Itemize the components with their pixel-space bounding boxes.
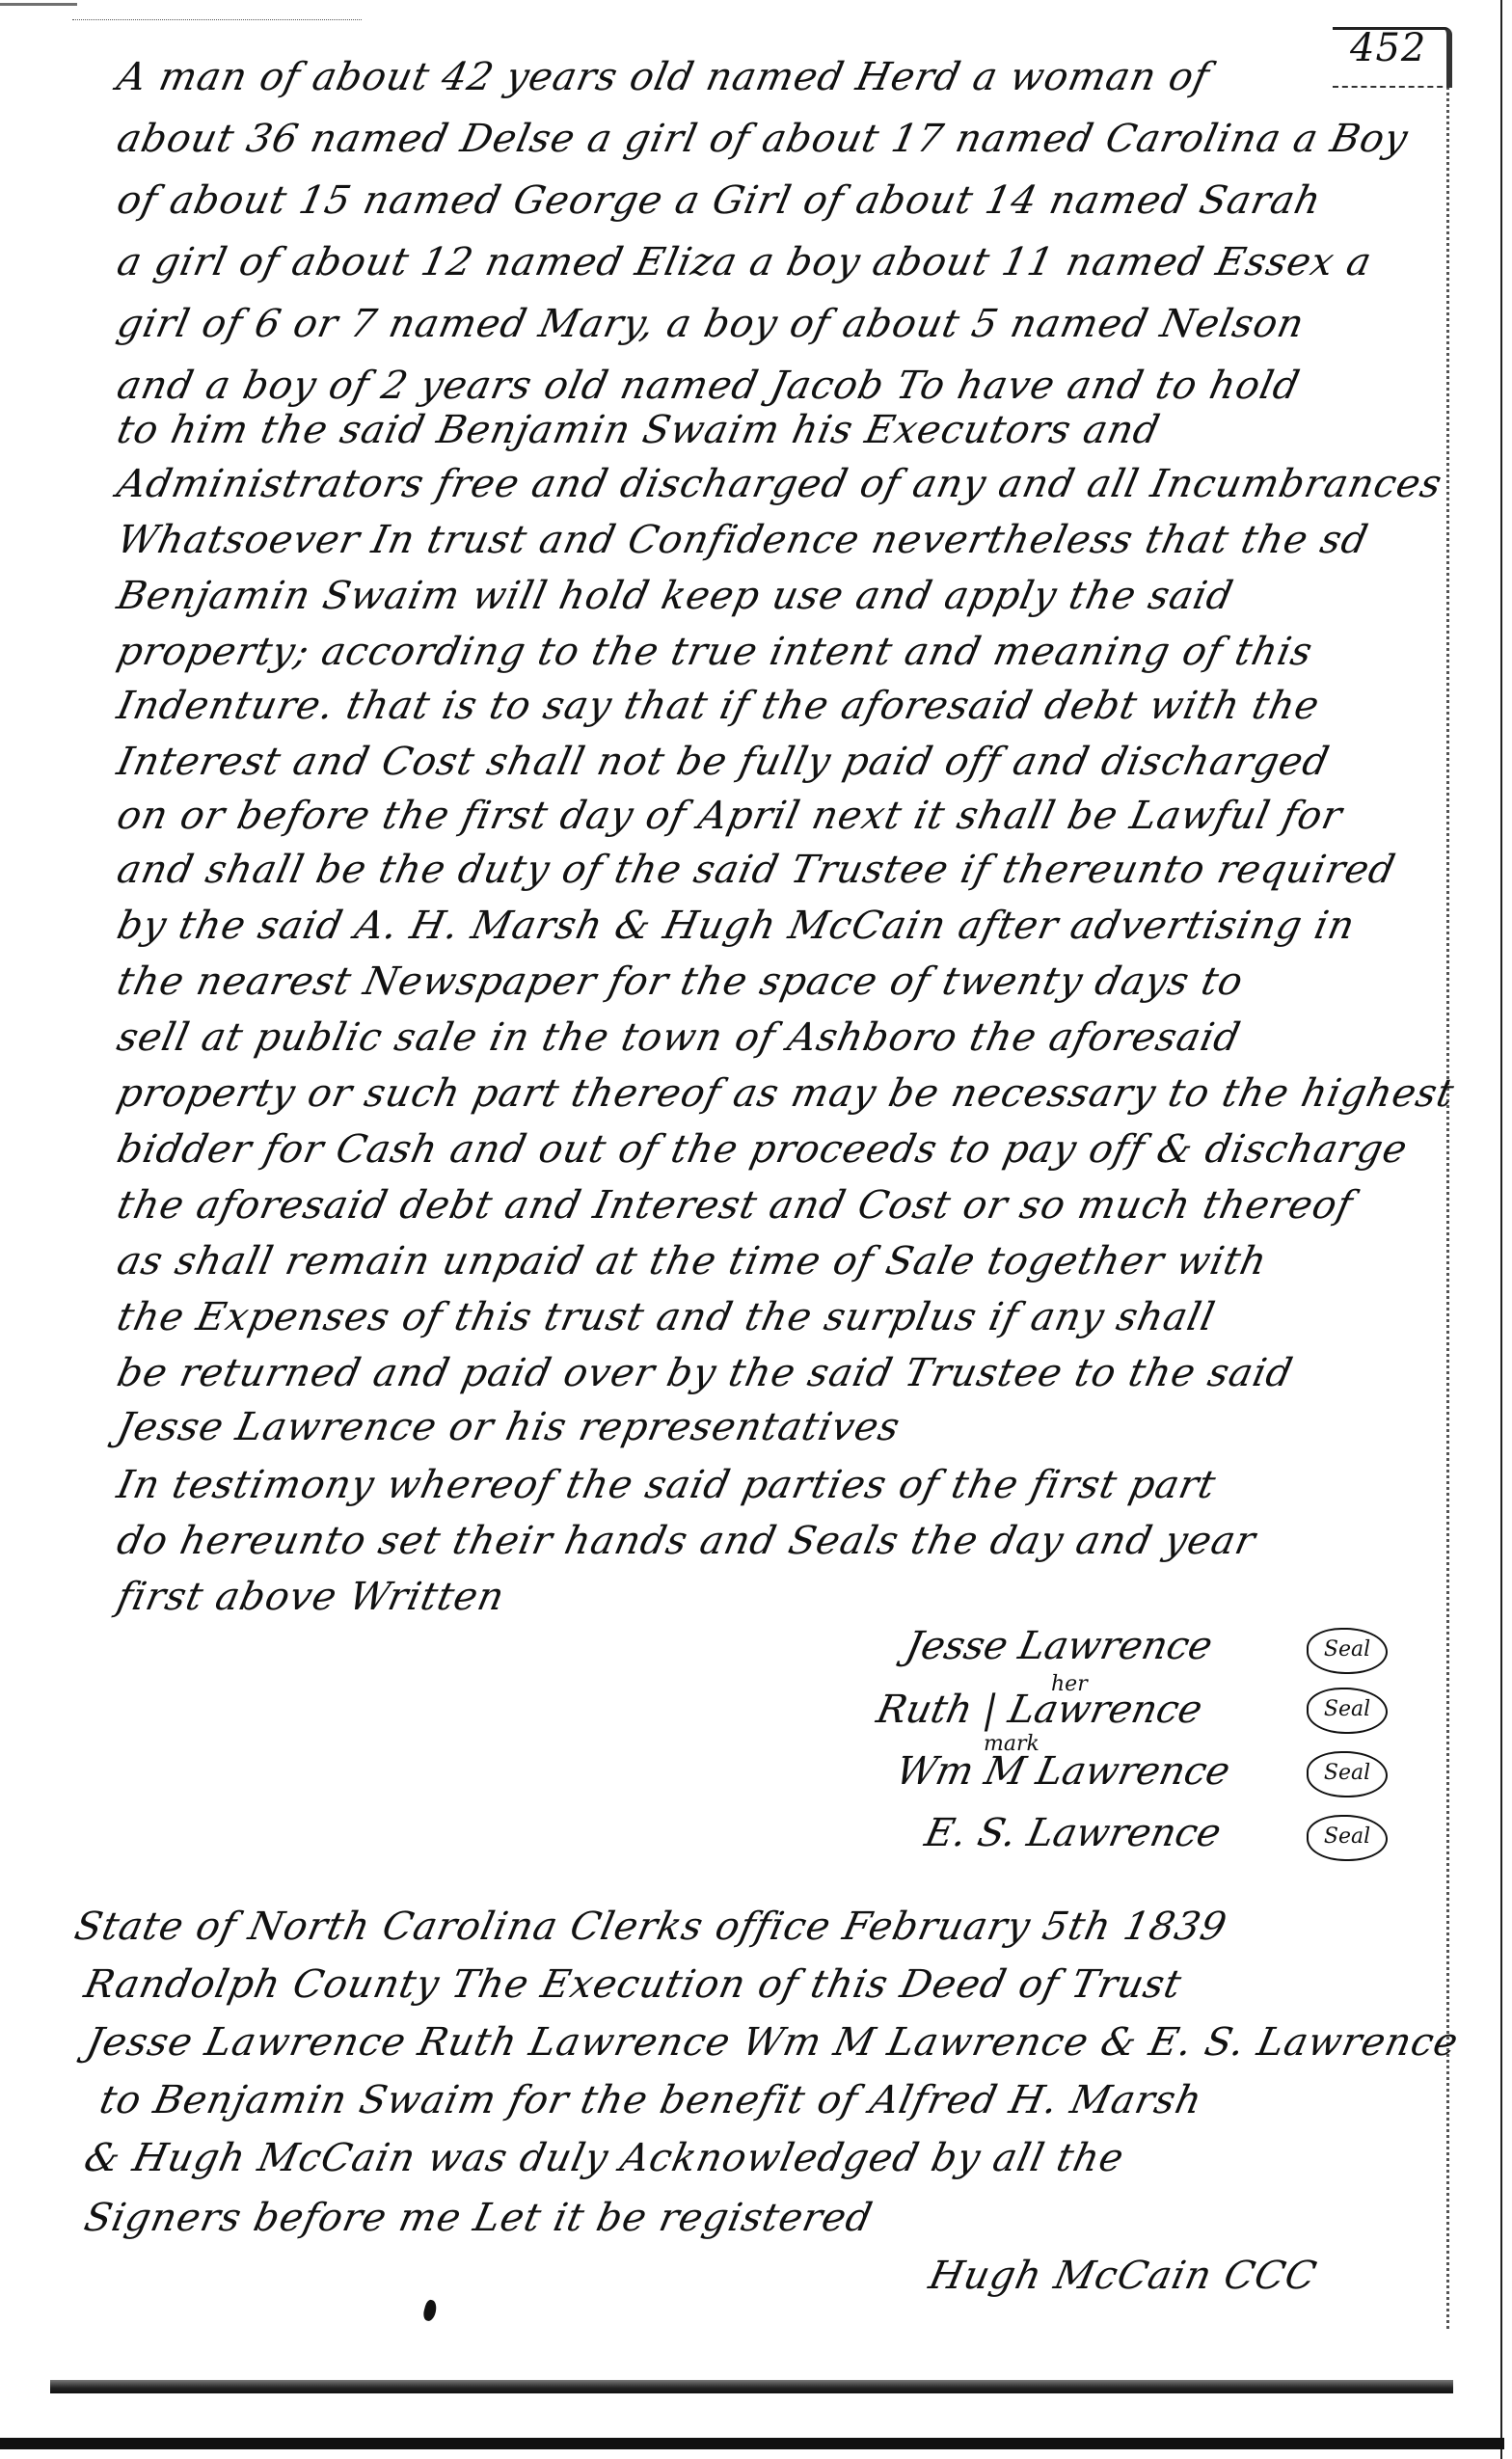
signature-name: E. S. Lawrence bbox=[921, 1811, 1225, 1855]
body-line-16: by the said A. H. Marsh & Hugh McCain af… bbox=[114, 906, 1453, 945]
signature-row: E. S. Lawrence Seal bbox=[868, 1803, 1408, 1861]
body-line-14: on or before the first day of April next… bbox=[114, 797, 1453, 835]
certificate-line-4: to Benjamin Swaim for the benefit of Alf… bbox=[96, 2081, 1205, 2120]
signature-row: her Ruth | Lawrence Seal bbox=[868, 1680, 1408, 1738]
body-line-8: Administrators free and discharged of an… bbox=[114, 465, 1453, 503]
body-line-11: property; according to the true intent a… bbox=[114, 633, 1453, 671]
body-line-4: a girl of about 12 named Eliza a boy abo… bbox=[114, 243, 1453, 282]
body-line-10: Benjamin Swaim will hold keep use and ap… bbox=[114, 577, 1453, 615]
body-line-6: and a boy of 2 years old named Jacob To … bbox=[114, 366, 1453, 405]
signature-row: mark Wm M Lawrence Seal bbox=[868, 1740, 1408, 1797]
body-line-24: be returned and paid over by the said Tr… bbox=[114, 1354, 1453, 1392]
certificate-line-3: Jesse Lawrence Ruth Lawrence Wm M Lawren… bbox=[83, 2023, 1462, 2062]
certificate-line-6: Signers before me Let it be registered bbox=[81, 2199, 877, 2237]
body-line-13: Interest and Cost shall not be fully pai… bbox=[114, 743, 1453, 781]
body-line-2: about 36 named Delse a girl of about 17 … bbox=[114, 120, 1453, 158]
signature-name: Ruth | Lawrence bbox=[873, 1688, 1206, 1732]
body-line-21: the aforesaid debt and Interest and Cost… bbox=[114, 1186, 1453, 1225]
certificate-line-5: & Hugh McCain was duly Acknowledged by a… bbox=[81, 2139, 1127, 2177]
top-rule bbox=[72, 19, 362, 21]
scan-bottom-edge bbox=[0, 2438, 1504, 2449]
clerk-signature: Hugh McCain CCC bbox=[926, 2256, 1320, 2295]
scan-artifact bbox=[0, 3, 77, 6]
body-line-22: as shall remain unpaid at the time of Sa… bbox=[114, 1242, 1453, 1281]
body-line-5: girl of 6 or 7 named Mary, a boy of abou… bbox=[114, 305, 1453, 343]
testimony-line-3: first above Written bbox=[114, 1578, 1453, 1616]
body-line-19: property or such part thereof as may be … bbox=[114, 1074, 1453, 1113]
body-line-25: Jesse Lawrence or his representatives bbox=[114, 1408, 1453, 1446]
signature-name: Jesse Lawrence bbox=[902, 1624, 1216, 1668]
body-line-17: the nearest Newspaper for the space of t… bbox=[114, 962, 1453, 1001]
body-line-15: and shall be the duty of the said Truste… bbox=[114, 851, 1453, 889]
ink-blot bbox=[421, 2299, 438, 2322]
certificate-line-1: State of North Carolina Clerks office Fe… bbox=[71, 1907, 1230, 1946]
page-bottom-edge bbox=[50, 2380, 1453, 2393]
body-line-7: to him the said Benjamin Swaim his Execu… bbox=[114, 411, 1453, 449]
signature-row: Jesse Lawrence Seal bbox=[868, 1620, 1408, 1678]
body-line-9: Whatsoever In trust and Confidence never… bbox=[114, 521, 1453, 559]
body-line-20: bidder for Cash and out of the proceeds … bbox=[114, 1130, 1453, 1169]
signature-name: Wm M Lawrence bbox=[892, 1749, 1233, 1794]
seal-icon: Seal bbox=[1307, 1628, 1388, 1674]
certificate-line-2: Randolph County The Execution of this De… bbox=[81, 1965, 1185, 2004]
testimony-line-2: do hereunto set their hands and Seals th… bbox=[114, 1522, 1453, 1560]
seal-icon: Seal bbox=[1307, 1815, 1388, 1861]
body-line-12: Indenture. that is to say that if the af… bbox=[114, 687, 1453, 725]
testimony-line-1: In testimony whereof the said parties of… bbox=[114, 1466, 1453, 1504]
body-line-3: of about 15 named George a Girl of about… bbox=[114, 181, 1453, 220]
seal-icon: Seal bbox=[1307, 1751, 1388, 1797]
body-line-23: the Expenses of this trust and the surpl… bbox=[114, 1298, 1453, 1337]
seal-icon: Seal bbox=[1307, 1688, 1388, 1734]
body-line-18: sell at public sale in the town of Ashbo… bbox=[114, 1018, 1453, 1057]
binding-edge bbox=[1500, 0, 1502, 2459]
body-line-1: A man of about 42 years old named Herd a… bbox=[114, 58, 1453, 96]
document-page: 452 A man of about 42 years old named He… bbox=[0, 0, 1512, 2459]
